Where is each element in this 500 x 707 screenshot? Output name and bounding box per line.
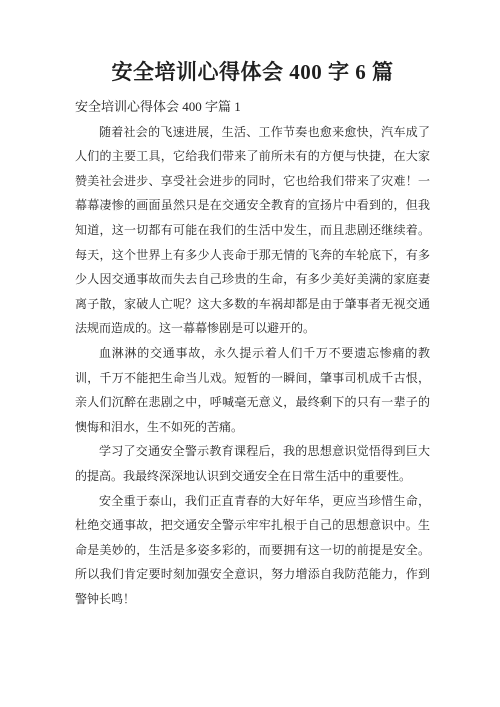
paragraphs-container: 随着社会的飞速进展，生活、工作节奏也愈来愈快，汽车成了人们的主要工具，它给我们带… (75, 120, 430, 612)
document-title: 安全培训心得体会 400 字 6 篇 (75, 57, 430, 87)
section-heading: 安全培训心得体会 400 字篇 1 (75, 95, 430, 120)
paragraph: 随着社会的飞速进展，生活、工作节奏也愈来愈快，汽车成了人们的主要工具，它给我们带… (75, 120, 430, 341)
document-page: 安全培训心得体会 400 字 6 篇 安全培训心得体会 400 字篇 1 随着社… (0, 0, 500, 707)
paragraph: 学习了交通安全警示教育课程后，我的思想意识觉悟得到巨大的提高。我最终深深地认识到… (75, 439, 430, 488)
paragraph: 血淋淋的交通事故，永久提示着人们千万不要遗忘惨痛的教训，千万不能把生命当儿戏。短… (75, 341, 430, 439)
paragraph: 安全重于泰山，我们正直青春的大好年华，更应当珍惜生命，杜绝交通事故，把交通安全警… (75, 489, 430, 612)
